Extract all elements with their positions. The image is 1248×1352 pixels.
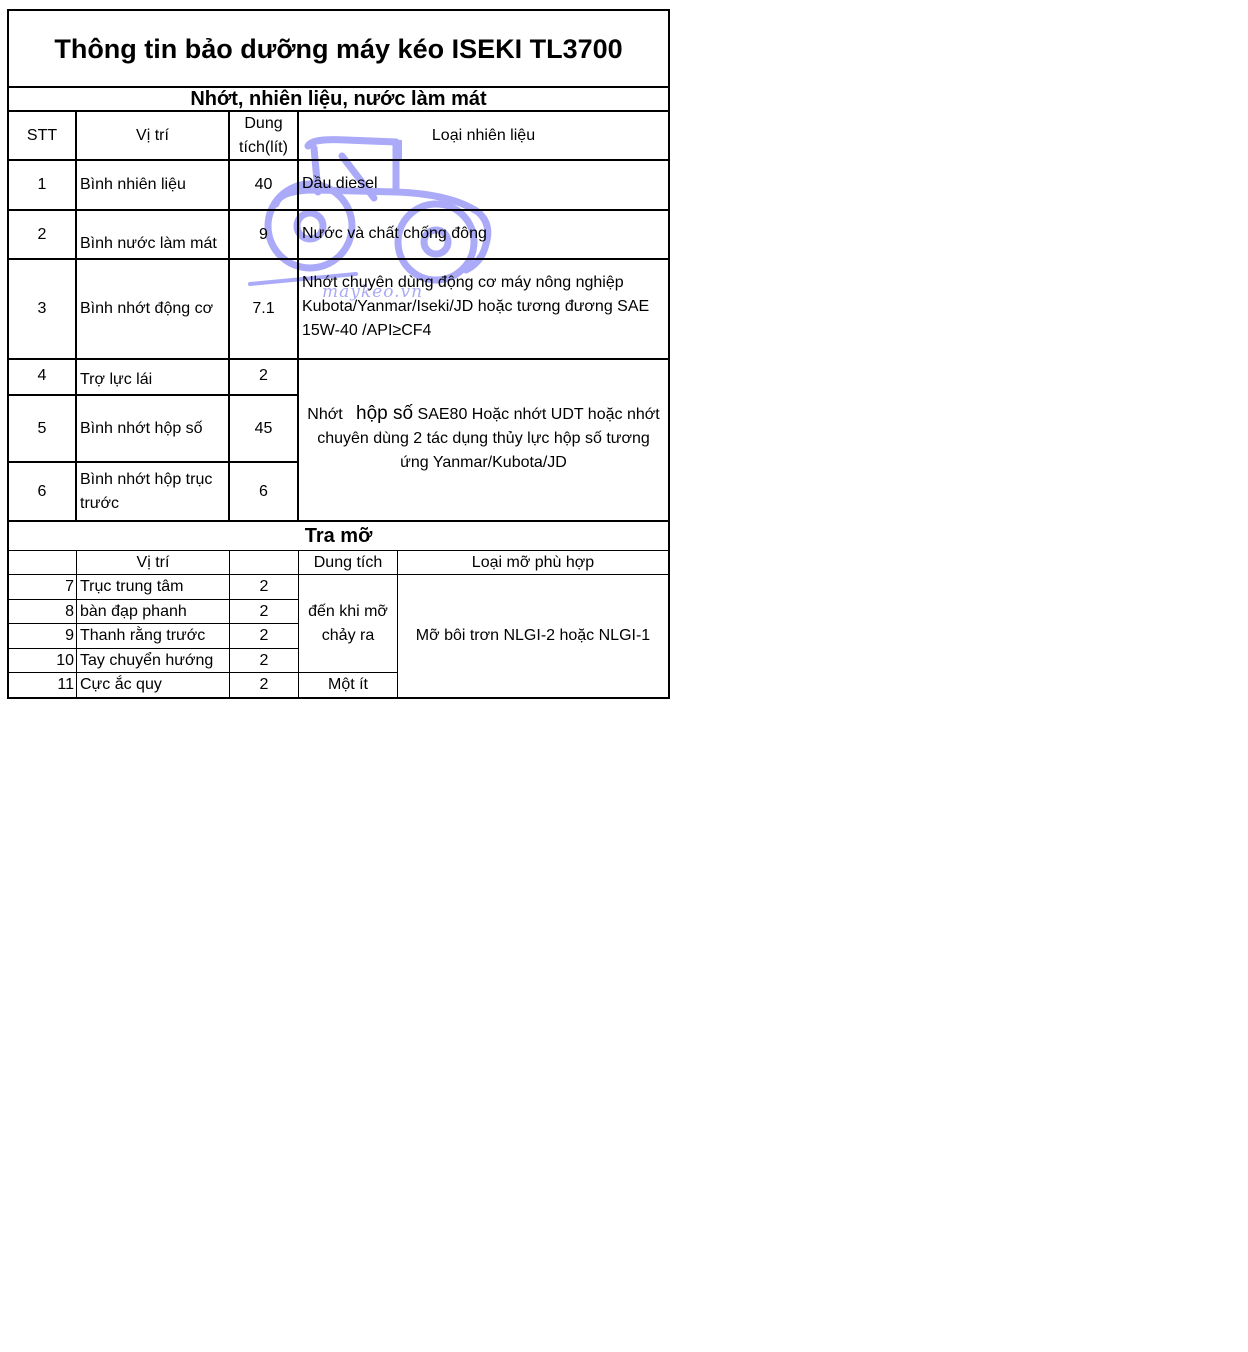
header-capacity: Dung tích(lít): [230, 112, 297, 159]
header-fuel-type: Loại nhiên liệu: [299, 112, 668, 159]
row-2-location: Bình nước làm mát: [77, 211, 228, 258]
row-1-stt: 1: [9, 161, 75, 209]
section-title-fluids: Nhớt, nhiên liệu, nước làm mát: [9, 88, 668, 110]
row-3-type: Nhớt chuyên dùng động cơ máy nông nghiệp…: [299, 260, 668, 354]
grease-row-7-count: 2: [230, 575, 298, 599]
grease-row-8-count: 2: [230, 600, 298, 623]
grease-capacity-merged: đến khi mỡ chảy ra: [299, 575, 397, 672]
grease-header-capacity: Dung tích: [299, 551, 397, 574]
header-stt: STT: [9, 112, 75, 159]
grease-row-11-location: Cực ắc quy: [77, 673, 229, 697]
grease-row-11-stt: 11: [9, 673, 76, 697]
grease-header-stt: [9, 551, 76, 574]
grease-row-11-count: 2: [230, 673, 298, 697]
row-3-stt: 3: [9, 260, 75, 358]
grease-header-type: Loại mỡ phù hợp: [398, 551, 668, 574]
row-4-stt: 4: [9, 360, 75, 394]
grease-row-8-stt: 8: [9, 600, 76, 623]
border: [668, 9, 670, 699]
section-title-grease: Tra mỡ: [9, 522, 668, 550]
header-location: Vị trí: [77, 112, 228, 159]
row-1-type: Dầu diesel: [299, 161, 668, 207]
border: [7, 697, 670, 699]
row-4-capacity: 2: [230, 360, 297, 394]
row-3-location: Bình nhớt động cơ: [77, 260, 228, 358]
grease-header-location: Vị trí: [77, 551, 229, 574]
row-4-location: Trợ lực lái: [77, 360, 228, 394]
grease-row-10-stt: 10: [9, 649, 76, 672]
grease-header-count: [230, 551, 298, 574]
row-3-capacity: 7.1: [230, 260, 297, 358]
grease-capacity-last: Một ít: [299, 673, 397, 697]
grease-row-9-stt: 9: [9, 624, 76, 648]
merged-type-emph: hộp số: [356, 403, 413, 424]
row-5-capacity: 45: [230, 396, 297, 461]
grease-row-7-stt: 7: [9, 575, 76, 599]
row-2-stt: 2: [9, 211, 75, 258]
grease-row-8-location: bàn đạp phanh: [77, 600, 229, 623]
row-6-capacity: 6: [230, 463, 297, 520]
grease-row-10-count: 2: [230, 649, 298, 672]
row-5-stt: 5: [9, 396, 75, 461]
page-title: Thông tin bảo dưỡng máy kéo ISEKI TL3700: [9, 11, 668, 86]
merged-type-prefix: Nhớt: [307, 406, 342, 423]
grease-row-9-location: Thanh rằng trước: [77, 624, 229, 648]
grease-type-merged: Mỡ bôi trơn NLGI-2 hoặc NLGI-1: [398, 575, 668, 697]
grease-row-9-count: 2: [230, 624, 298, 648]
grease-row-7-location: Trục trung tâm: [77, 575, 229, 599]
rows-4-6-type: Nhớt hộp số SAE80 Hoặc nhớt UDT hoặc nhớ…: [299, 360, 668, 520]
row-2-type: Nước và chất chống đông: [299, 211, 668, 256]
row-6-stt: 6: [9, 463, 75, 520]
row-1-capacity: 40: [230, 161, 297, 209]
maintenance-sheet: maykeo.vn Thông tin bảo dưỡng máy kéo IS…: [0, 0, 1248, 1352]
row-1-location: Bình nhiên liệu: [77, 161, 228, 209]
row-2-capacity: 9: [230, 211, 297, 258]
row-5-location: Bình nhớt hộp số: [77, 396, 228, 461]
row-6-location: Bình nhớt hộp trục trước: [77, 463, 228, 520]
grease-row-10-location: Tay chuyển hướng: [77, 649, 229, 672]
